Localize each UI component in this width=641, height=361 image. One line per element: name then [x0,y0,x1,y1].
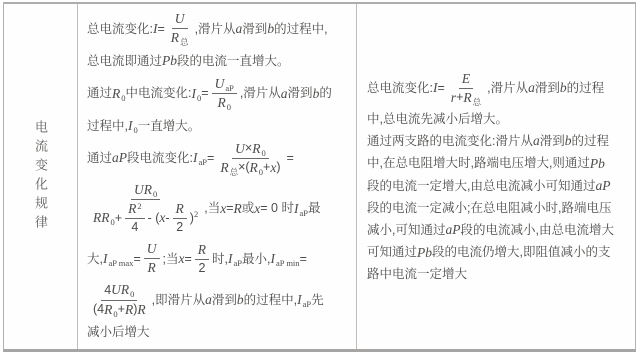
formula-line: 段的电流一定减小;在总电阻减小时,路端电压 [367,200,631,216]
subscripted-variable: IaP min [271,250,300,268]
variable-token: b [267,20,274,38]
variable-base: R [220,160,228,176]
text-token: 段的电流仍增大,即阻值减小的支 [432,244,610,260]
subscripted-variable: IaP [297,291,311,309]
text-token: 2 [176,220,183,235]
variable-base: R [112,85,120,103]
formula-line: 总电流即通过 Pb 段的电流一直增大。 [87,52,352,70]
formula-line: 中,在总电阻增大时,路端电压增大,则通过 Pb [367,155,631,173]
subscript: aP [299,209,308,218]
formula-line: 中,总电流先减小后增大。 [367,111,631,127]
subscripted-variable: R0 [104,302,118,318]
subscripted-variable: IaP [294,200,308,218]
variable-base: I [297,291,302,309]
text-token: (4 [93,302,104,317]
variable-base: R [217,95,225,111]
variable-token: R [93,210,101,226]
text-token: 滑到 [540,133,565,149]
text-token: 通过 [87,85,112,101]
text-token: 滑到 [242,21,267,37]
text-token: + [118,302,125,317]
subscript: 总 [473,98,482,107]
text-token: 段电流变化: [127,150,193,166]
variable-token: R [137,302,145,318]
text-token: 中电流变化: [126,85,192,101]
subscript: 0 [130,290,134,299]
formula-line: 减小后增大 [87,324,352,340]
subscripted-variable: R0 [144,182,158,198]
text-token: 可知通过 [367,244,417,260]
fraction: UaPR0 [212,76,237,111]
text-token: 减小后增大 [87,324,150,340]
variable-base: R [101,210,109,226]
subscript: aP [225,84,234,93]
subscript: aP max [108,259,133,268]
fraction-numerator: 4UR0 [101,282,137,300]
variable-base: I [128,117,133,135]
variable-base: R [171,30,179,46]
text-token: ,即滑片从 [152,292,205,308]
fraction-denominator: 2 [173,219,186,235]
variable-token: R [125,302,133,318]
variable-token: b [565,132,572,150]
formula-line: UR0RR0 + R24 - (x - R2)2,当 x = R 或 x = 0… [87,182,352,235]
variable-base: R [128,201,136,217]
variable-token: R [198,242,206,258]
subscripted-variable: R0 [217,95,231,111]
text-token: 滑到 [288,85,313,101]
text-token: = [157,21,164,37]
text-token: - ( [148,211,160,226]
variable-token: R [234,200,242,218]
subscripted-variable: IaP [228,250,242,268]
text-token: 中,在总电阻增大时,路端电压增大,则通过 [367,155,590,171]
formula-line: 总电流变化:I = Er + R总,滑片从 a 滑到 b 的过程 [367,71,631,106]
variable-base: R [121,282,129,298]
text-token: ,滑片从 [240,85,281,101]
variable-base: I [271,250,276,268]
text-token: 4 [131,220,138,235]
variable-token: aP [445,221,460,239]
text-token: ;当 [163,251,179,267]
formula-line: 总电流变化:I = UR总,滑片从 a 滑到 b 的过程中, [87,11,352,46]
variable-token: b [313,85,320,103]
fraction: R24 [125,201,145,235]
subscripted-variable: R总 [463,90,481,106]
fraction: 4UR0(4R0 + R)R [90,282,149,317]
row-header-label: 电流变化规律 [31,120,50,234]
subscripted-variable: R0 [101,210,115,226]
variable-token: b [560,79,567,97]
variable-base: R [250,160,258,176]
subscripted-variable: R0 [250,160,264,176]
text-token: 总电流变化: [367,80,433,96]
subscript: aP [303,300,312,309]
fraction: Er + R总 [448,71,484,106]
text-token: 滑到 [535,80,560,96]
variable-token: R [148,260,156,276]
fraction-numerator: UR0 [131,182,160,200]
fraction-numerator: R [195,242,209,260]
text-token: 段的电流一直增大。 [177,53,290,69]
text-token: 或 [242,200,255,216]
fraction: R2 [173,201,187,235]
subscripted-variable: R总 [171,30,189,46]
fraction: R2 [195,242,209,276]
variable-token: U [111,282,121,298]
subscript: aP [234,259,243,268]
subscript: 0 [133,126,137,135]
fraction-numerator: U×R0 [232,141,269,159]
parallel-circuit-rules-cell: 总电流变化:I = Er + R总,滑片从 a 滑到 b 的过程中,总电流先减小… [357,4,635,349]
variable-token: Pb [417,244,432,262]
variable-base: R [463,90,471,106]
subscript: aP min [276,259,300,268]
subscript: 总 [230,168,239,177]
variable-token: U [235,141,245,157]
fraction: UR0RR0 + R24 - (x - R2)2 [90,182,201,235]
fraction: UR [144,241,160,276]
superscripted-variable: R2 [128,201,142,217]
row-header-cell: 电流变化规律 [4,4,78,349]
text-token: = 0 时 [260,200,294,216]
text-token: 段的电流一定减小;在总电阻减小时,路端电压 [367,200,611,216]
subscript: 0 [111,218,115,227]
text-token: 的 [319,85,332,101]
variable-token: a [281,85,288,103]
subscript: 总 [180,38,189,47]
subscript: 0 [259,168,263,177]
text-token: 总电流变化: [87,21,153,37]
fraction-denominator: 2 [195,260,208,276]
text-token: 通过两支路的电流变化:滑片从 [367,133,533,149]
subscript: 0 [197,94,201,103]
text-token: 最 [308,200,321,216]
variable-token: U [147,241,157,257]
fraction: UR总 [168,11,192,46]
text-token: 减小,可知通过 [367,222,445,238]
text-token: 4 [104,283,111,298]
formula-line: 大,IaP max = UR;当 x = R2 时,IaP 最小,IaP min… [87,241,352,276]
series-circuit-rules-cell: 总电流变化:I = UR总,滑片从 a 滑到 b 的过程中,总电流即通过 Pb … [78,4,357,349]
subscript: 0 [153,190,157,199]
variable-token: a [205,291,212,309]
text-token: 一直增大。 [138,118,201,134]
text-token: ,当 [204,200,220,216]
text-token: 通过 [87,150,112,166]
fraction-denominator: R [145,259,159,276]
variable-base: R [252,141,260,157]
text-token: = [437,80,444,96]
fraction-denominator: r + R总 [448,89,484,106]
fraction-denominator: R0 [214,94,234,111]
variable-token: a [533,132,540,150]
fraction-denominator: R总 [168,29,192,46]
subscripted-variable: IaP max [103,250,133,268]
text-token: = [184,251,191,267]
fraction-numerator: R2 [125,201,145,219]
variable-token: R [176,201,184,217]
fraction-numerator: U [172,11,188,29]
text-token: = [226,200,233,216]
text-token: ) [276,160,280,175]
text-token: = [207,150,214,166]
subscripted-variable: R0 [252,141,266,157]
variable-base: R [104,302,112,318]
subscripted-variable: I0 [192,85,202,103]
variable-token: Pb [590,155,605,173]
text-token: ×( [238,160,249,175]
variable-token: U [134,182,144,198]
text-token: 过程中, [87,118,128,134]
text-token: 段的电流减小,由总电流增大 [460,222,613,238]
text-token: 段的电流一定增大,由总电流减小可知通过 [367,178,595,194]
text-token: 路中电流一定增大 [367,266,467,282]
superscript: 2 [137,202,141,211]
formula-line: 通过 R0 中电流变化:I0 = UaPR0,滑片从 a 滑到 b 的 [87,76,352,111]
subscript: 0 [227,103,231,112]
subscript: 0 [113,310,117,319]
subscripted-variable: R总 [220,160,238,176]
subscripted-variable: R0 [112,85,126,103]
text-token: = [300,251,307,267]
variable-token: a [236,20,243,38]
formula-line: 4UR0(4R0 + R)R,即滑片从 a 滑到 b 的过程中,IaP 先 [87,282,352,317]
formula-line: 通过两支路的电流变化:滑片从 a 滑到 b 的过程 [367,132,631,150]
variable-token: Pb [162,52,177,70]
variable-base: I [294,200,299,218]
formula-line: 过程中,I0 一直增大。 [87,117,352,135]
formula-line: 减小,可知通过 aP 段的电流减小,由总电流增大 [367,221,631,239]
text-token: 的过程中, [274,21,327,37]
text-token: 最小, [242,251,270,267]
text-token: ,滑片从 [195,21,236,37]
fraction-numerator: E [459,71,473,89]
variable-base: R [144,182,152,198]
text-token: 的过程 [567,80,605,96]
fraction-denominator: 4 [128,219,141,235]
fraction-denominator: RR0 + R24 - (x - R2)2 [90,200,201,235]
variable-base: I [192,85,197,103]
text-token: 滑到 [212,292,237,308]
text-token: 总电流即通过 [87,53,162,69]
variable-base: I [193,149,198,167]
rules-table: 电流变化规律 总电流变化:I = UR总,滑片从 a 滑到 b 的过程中,总电流… [3,2,636,352]
text-token: 的过程 [572,133,610,149]
subscript: 0 [261,149,265,158]
fraction-numerator: R [173,201,187,219]
variable-token: E [462,71,470,87]
text-token: 中,总电流先减小后增大。 [367,111,508,127]
text-token: 大, [87,251,103,267]
fraction-numerator: U [144,241,160,259]
text-token: 先 [311,292,324,308]
variable-base: I [228,250,233,268]
fraction-denominator: (4R0 + R)R [90,301,149,318]
text-token: = [287,150,294,166]
subscript: 0 [121,94,125,103]
subscripted-variable: R0 [121,282,135,298]
variable-base: I [103,250,108,268]
variable-token: b [237,291,244,309]
text-token: 的过程中, [244,292,297,308]
variable-token: aP [595,177,610,195]
text-token: ,滑片从 [487,80,528,96]
text-token: = [133,251,140,267]
text-token: - [165,211,169,226]
variable-token: aP [112,149,127,167]
formula-line: 可知通过 Pb 段的电流仍增大,即阻值减小的支 [367,244,631,262]
fraction-denominator: R总×(R0 + x) [217,159,283,176]
text-token: 时, [212,251,228,267]
fraction-numerator: UaP [212,76,237,94]
superscript: 2 [194,210,198,219]
variable-token: a [528,79,535,97]
text-token: 2 [198,261,205,276]
fraction: U×R0R总×(R0 + x) [217,141,283,176]
variable-base: U [215,76,225,92]
formula-line: 段的电流一定增大,由总电流减小可知通过 aP [367,177,631,195]
formula-line: 通过 aP 段电流变化:IaP = U×R0R总×(R0 + x) = [87,141,352,176]
subscripted-variable: IaP [193,149,207,167]
subscripted-variable: I0 [128,117,138,135]
variable-token: U [175,11,185,27]
text-token: = [201,85,208,101]
text-token: + [115,211,122,226]
formula-line: 路中电流一定增大 [367,266,631,282]
subscript: aP [199,158,208,167]
subscripted-variable: UaP [215,76,234,92]
